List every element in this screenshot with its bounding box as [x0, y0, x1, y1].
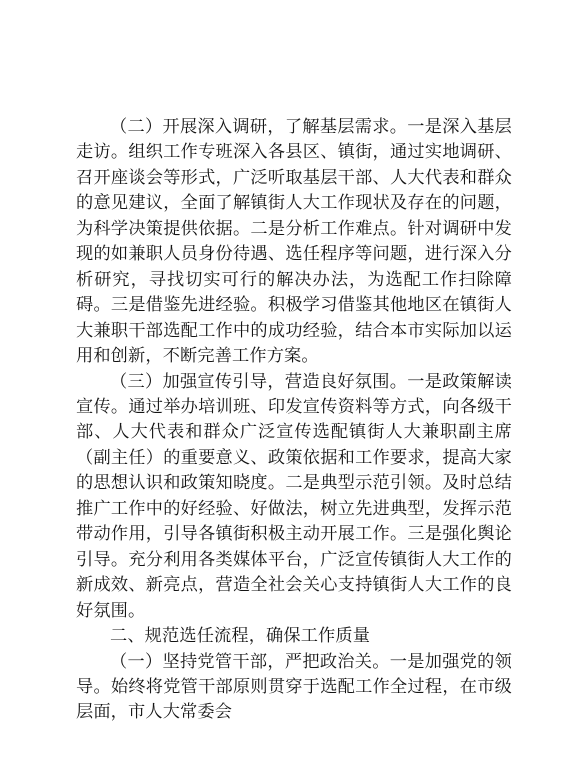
paragraph-party-leadership: （一）坚持党管干部，严把政治关。一是加强党的领导。始终将党管干部原则贯穿于选配工…	[76, 650, 512, 726]
section-heading-selection-process: 二、规范选任流程，确保工作质量	[76, 624, 512, 649]
document-page: （二）开展深入调研，了解基层需求。一是深入基层走访。组织工作专班深入各县区、镇街…	[76, 115, 512, 726]
paragraph-publicity: （三）加强宣传引导，营造良好氛围。一是政策解读宣传。通过举办培训班、印发宣传资料…	[76, 370, 512, 625]
paragraph-research: （二）开展深入调研，了解基层需求。一是深入基层走访。组织工作专班深入各县区、镇街…	[76, 115, 512, 370]
